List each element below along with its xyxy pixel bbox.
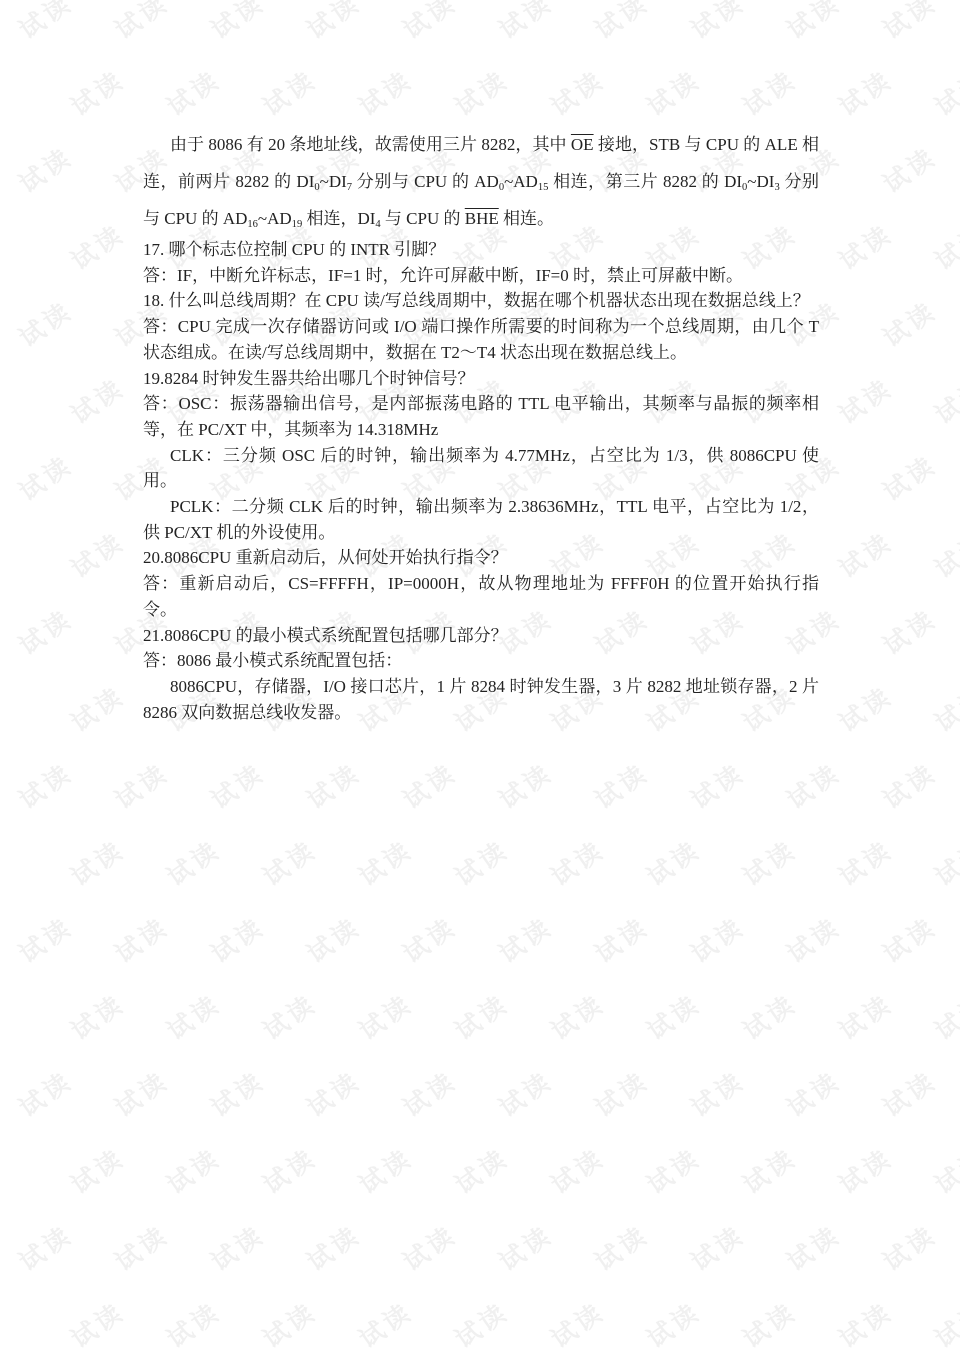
- watermark-text: 试读: [927, 1139, 960, 1202]
- subscript-run: 15: [538, 182, 549, 193]
- watermark-text: 试读: [831, 1293, 899, 1356]
- watermark-text: 试读: [639, 1139, 707, 1202]
- watermark-text: 试读: [11, 292, 79, 355]
- watermark-text: 试读: [543, 1293, 611, 1356]
- text-run: 相连，第三片 8282 的 DI: [548, 172, 742, 191]
- watermark-text: 试读: [63, 677, 131, 740]
- watermark-text: 试读: [11, 446, 79, 509]
- watermark-text: 试读: [63, 985, 131, 1048]
- watermark-text: 试读: [543, 831, 611, 894]
- answer-20: 答：重新启动后，CS=FFFFH，IP=0000H，故从物理地址为 FFFF0H…: [143, 571, 819, 622]
- watermark-text: 试读: [587, 0, 655, 46]
- watermark-text: 试读: [639, 985, 707, 1048]
- watermark-text: 试读: [875, 1216, 943, 1279]
- watermark-text: 试读: [255, 831, 323, 894]
- text-run: 分别与 CPU 的 AD: [352, 172, 499, 191]
- watermark-text: 试读: [395, 754, 463, 817]
- watermark-text: 试读: [779, 1062, 847, 1125]
- watermark-text: 试读: [255, 1293, 323, 1356]
- watermark-text: 试读: [875, 138, 943, 201]
- watermark-text: 试读: [299, 908, 367, 971]
- watermark-text: 试读: [447, 61, 515, 124]
- watermark-text: 试读: [735, 1139, 803, 1202]
- watermark-text: 试读: [351, 1293, 419, 1356]
- watermark-text: 试读: [159, 985, 227, 1048]
- watermark-text: 试读: [351, 61, 419, 124]
- watermark-text: 试读: [11, 138, 79, 201]
- answer-19-osc: 答：OSC：振荡器输出信号，是内部振荡电路的 TTL 电平输出，其频率与晶振的频…: [143, 391, 819, 442]
- watermark-text: 试读: [255, 985, 323, 1048]
- answer-21-list: 8086CPU，存储器，I/O 接口芯片，1 片 8284 时钟发生器，3 片 …: [143, 674, 819, 725]
- watermark-text: 试读: [107, 1062, 175, 1125]
- watermark-text: 试读: [63, 831, 131, 894]
- watermark-text: 试读: [927, 61, 960, 124]
- watermark-text: 试读: [639, 1293, 707, 1356]
- watermark-text: 试读: [159, 1139, 227, 1202]
- overline-run: OE: [571, 135, 594, 154]
- watermark-text: 试读: [491, 1216, 559, 1279]
- watermark-text: 试读: [779, 908, 847, 971]
- watermark-text: 试读: [11, 1216, 79, 1279]
- watermark-text: 试读: [875, 0, 943, 46]
- watermark-text: 试读: [587, 908, 655, 971]
- watermark-text: 试读: [927, 369, 960, 432]
- watermark-text: 试读: [299, 754, 367, 817]
- watermark-text: 试读: [351, 1139, 419, 1202]
- watermark-text: 试读: [927, 1293, 960, 1356]
- text-run: 与 CPU 的: [381, 209, 465, 228]
- watermark-text: 试读: [735, 61, 803, 124]
- watermark-text: 试读: [927, 677, 960, 740]
- watermark-text: 试读: [831, 985, 899, 1048]
- overline-run: BHE: [465, 209, 499, 228]
- answer-19-clk: CLK：三分频 OSC 后的时钟，输出频率为 4.77MHz，占空比为 1/3，…: [143, 443, 819, 494]
- watermark-text: 试读: [875, 754, 943, 817]
- answer-16-continuation: 由于 8086 有 20 条地址线，故需使用三片 8282，其中 OE 接地，S…: [143, 126, 819, 237]
- watermark-text: 试读: [735, 985, 803, 1048]
- watermark-text: 试读: [159, 1293, 227, 1356]
- watermark-text: 试读: [491, 754, 559, 817]
- watermark-text: 试读: [63, 1293, 131, 1356]
- watermark-text: 试读: [447, 831, 515, 894]
- watermark-text: 试读: [683, 908, 751, 971]
- watermark-text: 试读: [203, 754, 271, 817]
- text-run: ~DI: [747, 172, 774, 191]
- watermark-text: 试读: [875, 1062, 943, 1125]
- watermark-text: 试读: [63, 1139, 131, 1202]
- answer-18: 答：CPU 完成一次存储器访问或 I/O 端口操作所需要的时间称为一个总线周期，…: [143, 314, 819, 365]
- watermark-text: 试读: [203, 1216, 271, 1279]
- watermark-text: 试读: [779, 754, 847, 817]
- watermark-text: 试读: [831, 369, 899, 432]
- watermark-text: 试读: [587, 754, 655, 817]
- text-run: ~DI: [320, 172, 347, 191]
- text-run: ~AD: [258, 209, 292, 228]
- text-run: ~AD: [504, 172, 538, 191]
- watermark-text: 试读: [63, 369, 131, 432]
- watermark-text: 试读: [491, 1062, 559, 1125]
- watermark-text: 试读: [587, 1216, 655, 1279]
- watermark-text: 试读: [491, 0, 559, 46]
- watermark-text: 试读: [299, 1216, 367, 1279]
- question-19: 19.8284 时钟发生器共给出哪几个时钟信号？: [143, 366, 819, 392]
- watermark-text: 试读: [11, 0, 79, 46]
- watermark-text: 试读: [831, 215, 899, 278]
- watermark-text: 试读: [299, 1062, 367, 1125]
- question-21: 21.8086CPU 的最小模式系统配置包括哪几部分？: [143, 623, 819, 649]
- watermark-text: 试读: [683, 1216, 751, 1279]
- watermark-text: 试读: [395, 908, 463, 971]
- watermark-text: 试读: [63, 215, 131, 278]
- watermark-text: 试读: [107, 0, 175, 46]
- watermark-text: 试读: [875, 292, 943, 355]
- watermark-text: 试读: [587, 1062, 655, 1125]
- watermark-text: 试读: [447, 1293, 515, 1356]
- watermark-text: 试读: [683, 754, 751, 817]
- watermark-text: 试读: [639, 831, 707, 894]
- answer-17: 答：IF，中断允许标志，IF=1 时，允许可屏蔽中断，IF=0 时，禁止可屏蔽中…: [143, 263, 819, 289]
- watermark-text: 试读: [255, 61, 323, 124]
- watermark-text: 试读: [639, 61, 707, 124]
- watermark-text: 试读: [831, 523, 899, 586]
- watermark-text: 试读: [299, 0, 367, 46]
- subscript-run: 19: [292, 219, 303, 230]
- watermark-text: 试读: [831, 1139, 899, 1202]
- watermark-text: 试读: [491, 908, 559, 971]
- text-run: 相连，DI: [302, 209, 375, 228]
- question-20: 20.8086CPU 重新启动后，从何处开始执行指令？: [143, 545, 819, 571]
- watermark-text: 试读: [927, 215, 960, 278]
- answer-21-intro: 答：8086 最小模式系统配置包括：: [143, 648, 819, 674]
- watermark-text: 试读: [683, 1062, 751, 1125]
- text-run: 由于 8086 有 20 条地址线，故需使用三片 8282，其中: [170, 135, 571, 154]
- watermark-text: 试读: [735, 1293, 803, 1356]
- watermark-text: 试读: [159, 831, 227, 894]
- watermark-text: 试读: [63, 61, 131, 124]
- watermark-text: 试读: [543, 1139, 611, 1202]
- document-content: 由于 8086 有 20 条地址线，故需使用三片 8282，其中 OE 接地，S…: [143, 126, 819, 725]
- watermark-text: 试读: [351, 985, 419, 1048]
- watermark-text: 试读: [107, 754, 175, 817]
- watermark-text: 试读: [255, 1139, 323, 1202]
- watermark-text: 试读: [351, 831, 419, 894]
- watermark-text: 试读: [543, 61, 611, 124]
- watermark-text: 试读: [11, 1062, 79, 1125]
- watermark-text: 试读: [543, 985, 611, 1048]
- watermark-text: 试读: [159, 61, 227, 124]
- watermark-text: 试读: [395, 0, 463, 46]
- watermark-text: 试读: [927, 831, 960, 894]
- watermark-text: 试读: [107, 908, 175, 971]
- subscript-run: 16: [247, 219, 258, 230]
- watermark-text: 试读: [395, 1216, 463, 1279]
- watermark-text: 试读: [875, 908, 943, 971]
- watermark-text: 试读: [779, 1216, 847, 1279]
- question-18: 18. 什么叫总线周期？在 CPU 读/写总线周期中，数据在哪个机器状态出现在数…: [143, 288, 819, 314]
- watermark-text: 试读: [203, 0, 271, 46]
- watermark-text: 试读: [735, 831, 803, 894]
- watermark-text: 试读: [447, 1139, 515, 1202]
- watermark-text: 试读: [11, 600, 79, 663]
- watermark-text: 试读: [683, 0, 751, 46]
- watermark-text: 试读: [927, 985, 960, 1048]
- scanned-document-page: 试读试读试读试读试读试读试读试读试读试读试读试读试读试读试读试读试读试读试读试读…: [0, 0, 960, 1357]
- watermark-text: 试读: [63, 523, 131, 586]
- watermark-text: 试读: [875, 600, 943, 663]
- watermark-text: 试读: [107, 1216, 175, 1279]
- watermark-text: 试读: [11, 754, 79, 817]
- watermark-text: 试读: [447, 985, 515, 1048]
- watermark-text: 试读: [831, 677, 899, 740]
- watermark-text: 试读: [831, 61, 899, 124]
- watermark-text: 试读: [779, 0, 847, 46]
- answer-19-pclk: PCLK：二分频 CLK 后的时钟，输出频率为 2.38636MHz，TTL 电…: [143, 494, 819, 545]
- question-17: 17. 哪个标志位控制 CPU 的 INTR 引脚？: [143, 237, 819, 263]
- watermark-text: 试读: [203, 908, 271, 971]
- watermark-text: 试读: [831, 831, 899, 894]
- watermark-text: 试读: [203, 1062, 271, 1125]
- watermark-text: 试读: [875, 446, 943, 509]
- watermark-text: 试读: [927, 523, 960, 586]
- text-run: 相连。: [499, 209, 554, 228]
- watermark-text: 试读: [395, 1062, 463, 1125]
- watermark-text: 试读: [11, 908, 79, 971]
